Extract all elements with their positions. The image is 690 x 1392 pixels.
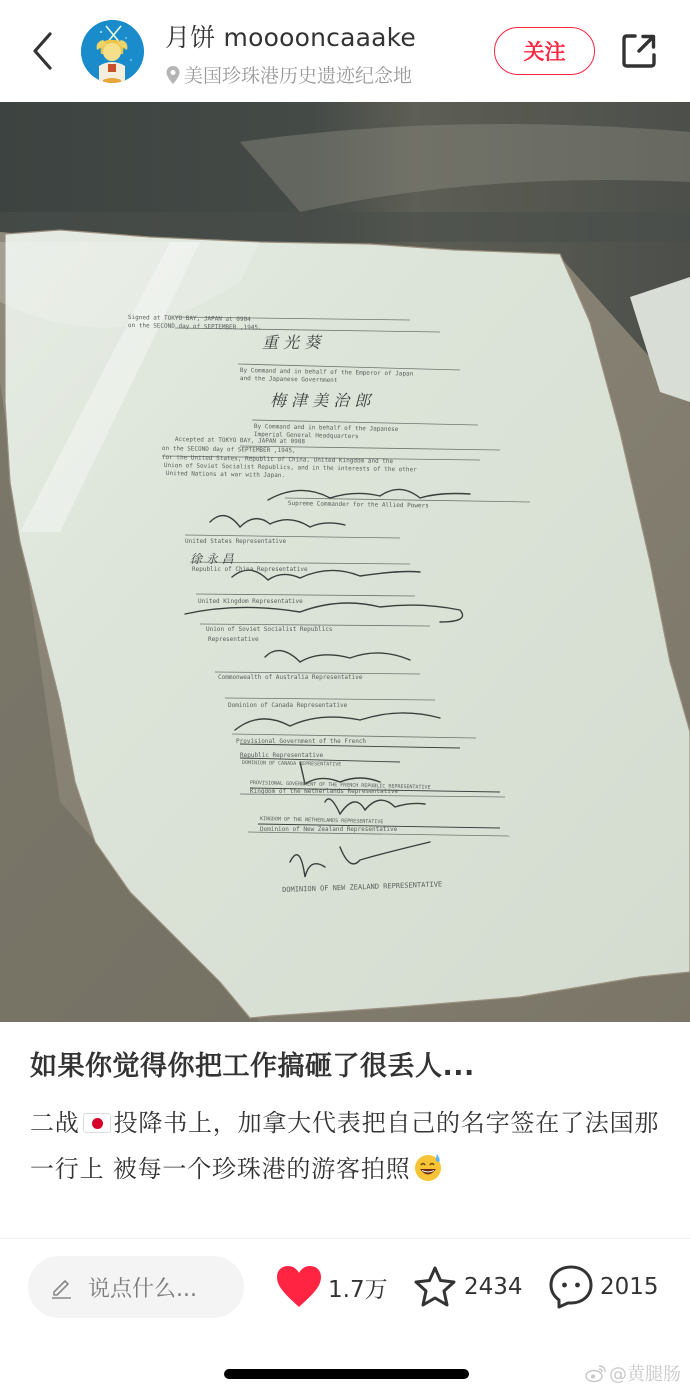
home-indicator[interactable] bbox=[224, 1369, 469, 1379]
post-body: 二战投降书上，加拿大代表把自己的名字签在了法国那一行上 被每一个珍珠港的游客拍照 bbox=[30, 1100, 670, 1192]
back-button[interactable] bbox=[26, 28, 62, 74]
watermark-text: @黄腿肠 bbox=[609, 1360, 681, 1386]
pencil-icon bbox=[50, 1275, 74, 1299]
location-pin-icon bbox=[165, 65, 181, 85]
sweat-smile-emoji-icon bbox=[413, 1152, 443, 1182]
doc-canada-rep: Dominion of Canada Representative bbox=[228, 702, 347, 709]
doc-us-rep: United States Representative bbox=[185, 538, 286, 545]
location-label: 美国珍珠港历史遗迹纪念地 bbox=[184, 61, 412, 88]
comment-button[interactable]: 2015 bbox=[548, 1262, 659, 1312]
doc-france-rep-1: Provisional Government of the French bbox=[236, 738, 366, 745]
japan-flag-icon bbox=[83, 1113, 111, 1133]
favorite-count: 2434 bbox=[464, 1274, 523, 1300]
favorite-button[interactable]: 2434 bbox=[412, 1262, 523, 1312]
doc-ussr-rep-1: Union of Soviet Socialist Republics bbox=[206, 626, 332, 633]
signature-shigemitsu: 重 光 葵 bbox=[262, 330, 320, 353]
heart-filled-icon bbox=[276, 1265, 322, 1309]
doc-france-rep-2: Republic Representative bbox=[240, 752, 323, 759]
like-button[interactable]: 1.7万 bbox=[276, 1262, 388, 1312]
weibo-icon bbox=[585, 1363, 607, 1383]
share-button[interactable] bbox=[620, 32, 658, 70]
doc-ussr-rep-2: Representative bbox=[208, 636, 259, 643]
doc-nz-rep: Dominion of New Zealand Representative bbox=[260, 826, 397, 833]
doc-china-rep: Republic of China Representative bbox=[192, 566, 308, 573]
comment-placeholder: 说点什么... bbox=[88, 1272, 197, 1303]
signature-hsu: 徐 永 昌 bbox=[190, 550, 234, 567]
comment-input[interactable]: 说点什么... bbox=[28, 1256, 244, 1318]
avatar-image bbox=[81, 20, 144, 83]
doc-netherlands-rep: Kingdom of the Netherlands Representativ… bbox=[250, 788, 398, 795]
post-body-text-1: 二战 bbox=[30, 1109, 80, 1137]
post-header: 月饼 mooooncaaake 美国珍珠港历史遗迹纪念地 关注 bbox=[0, 0, 690, 102]
signature-umezu: 梅 津 美 治 郎 bbox=[270, 388, 370, 411]
author-name[interactable]: 月饼 mooooncaaake bbox=[165, 18, 416, 54]
like-count: 1.7万 bbox=[328, 1271, 388, 1304]
content-divider bbox=[0, 1238, 690, 1239]
star-outline-icon bbox=[412, 1265, 458, 1309]
post-title: 如果你觉得你把工作搞砸了很丢人... bbox=[30, 1044, 475, 1083]
chevron-left-icon bbox=[26, 28, 62, 74]
author-avatar[interactable] bbox=[81, 20, 144, 83]
post-photo[interactable]: Signed at TOKYO BAY, JAPAN at 0904 on th… bbox=[0, 102, 690, 1022]
post-body-text-2: 投降书上，加拿大代表把自己的名字签在了法国那一行上 被每一个珍珠港的游客拍照 bbox=[30, 1109, 659, 1183]
doc-uk-rep: United Kingdom Representative bbox=[198, 598, 303, 605]
doc-australia-rep: Commonwealth of Australia Representative bbox=[218, 674, 363, 681]
share-external-icon bbox=[620, 32, 658, 70]
chat-bubble-icon bbox=[548, 1264, 594, 1310]
comment-count: 2015 bbox=[600, 1274, 659, 1300]
post-location[interactable]: 美国珍珠港历史遗迹纪念地 bbox=[165, 61, 412, 88]
follow-button[interactable]: 关注 bbox=[494, 27, 595, 75]
watermark: @黄腿肠 bbox=[585, 1360, 681, 1386]
